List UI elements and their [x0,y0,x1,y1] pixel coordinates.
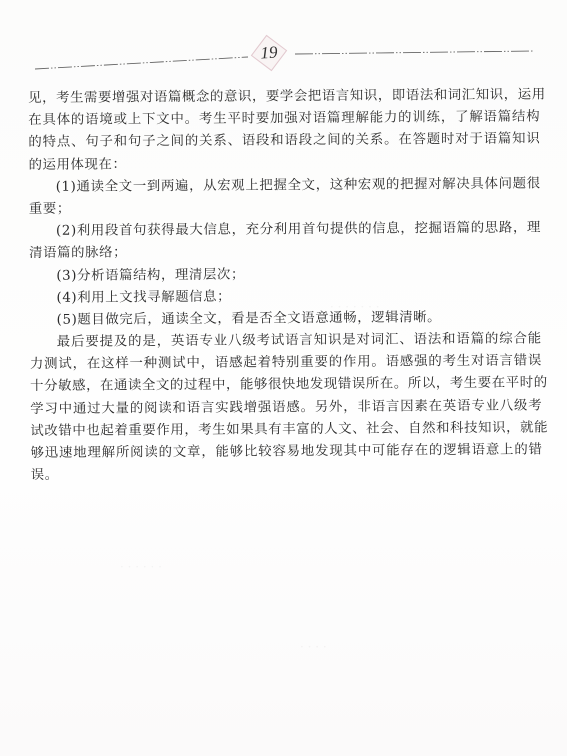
show-through-noise: · · · · [300,640,327,654]
show-through-noise: · · · · · · [120,560,162,574]
book-page: 19 见，考生需要增强对语篇概念的意识，要学会把语言知识，即语法和词汇知识，运用… [0,0,567,756]
page-number-badge: 19 [251,39,286,67]
page-header: 19 [0,30,567,80]
body-text: 见，考生需要增强对语篇概念的意识，要学会把语言知识，即语法和词汇知识，运用在具体… [28,84,543,487]
text-line: 误。 [31,462,543,488]
text-line: 的特点、句子和句子之间的关系、语段和语段之间的关系。在答题时对于语篇知识 [28,129,540,155]
text-line: 够迅速地理解所阅读的文章，能够比较容易地发现其中可能存在的逻辑语意上的错 [30,439,542,465]
text-line: 十分敏感，在通读全文的过程中，能够很快地发现错误所在。所以，考生要在平时的 [30,373,542,399]
page-number: 19 [260,43,278,64]
text-line: (2)利用段首句获得最大信息，充分利用首句提供的信息，挖掘语篇的思路，理 [29,218,541,244]
text-line: (1)通读全文一到两遍，从宏观上把握全文，这种宏观的把握对解决具体问题很 [29,173,541,199]
